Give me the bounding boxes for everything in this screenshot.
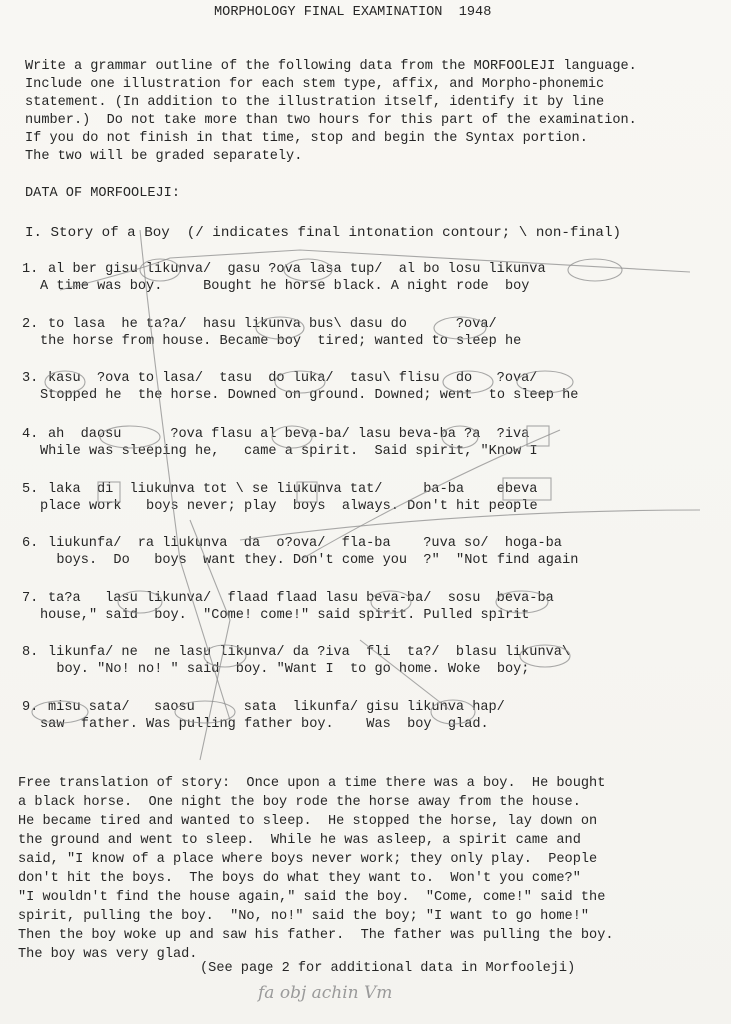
instruction-line: Write a grammar outline of the following… <box>25 59 637 75</box>
translation-line: The boy was very glad. <box>18 947 197 963</box>
story-line-number: 9. <box>22 700 38 716</box>
exam-page: MORPHOLOGY FINAL EXAMINATION 1948 Write … <box>0 0 731 1024</box>
story-line-number: 3. <box>22 371 38 387</box>
footer-note: (See page 2 for additional data in Morfo… <box>200 961 575 977</box>
english-gloss: saw father. Was pulling father boy. Was … <box>40 717 489 733</box>
english-gloss: place work boys never; play boys always.… <box>40 499 538 515</box>
instruction-line: statement. (In addition to the illustrat… <box>25 95 604 111</box>
translation-line: He became tired and wanted to sleep. He … <box>18 814 597 830</box>
english-gloss: boys. Do boys want they. Don't come you … <box>40 553 578 569</box>
instruction-line: The two will be graded separately. <box>25 149 302 165</box>
handwritten-note: fa obj achin Vm <box>258 983 392 1003</box>
english-gloss: boy. "No! no! " said boy. "Want I to go … <box>40 662 529 678</box>
english-gloss: A time was boy. Bought he horse black. A… <box>40 279 529 295</box>
morfooleji-text: ta?a lasu likunva/ flaad flaad lasu beva… <box>48 591 554 607</box>
morfooleji-text: ah daosu ?ova flasu al beva-ba/ lasu bev… <box>48 427 529 443</box>
morfooleji-text: kasu ?ova to lasa/ tasu do luka/ tasu\ f… <box>48 371 537 387</box>
morfooleji-text: to lasa he ta?a/ hasu likunva bus\ dasu … <box>48 317 497 333</box>
english-gloss: While was sleeping he, came a spirit. Sa… <box>40 444 538 460</box>
translation-line: "I wouldn't find the house again," said … <box>18 890 605 906</box>
translation-line: said, "I know of a place where boys neve… <box>18 852 597 868</box>
instruction-line: Include one illustration for each stem t… <box>25 77 604 93</box>
story-line-number: 6. <box>22 536 38 552</box>
translation-line: a black horse. One night the boy rode th… <box>18 795 581 811</box>
english-gloss: the horse from house. Became boy tired; … <box>40 334 521 350</box>
morfooleji-text: misu sata/ saosu sata likunfa/ gisu liku… <box>48 700 505 716</box>
story-line-number: 4. <box>22 427 38 443</box>
story-line-number: 7. <box>22 591 38 607</box>
english-gloss: Stopped he the horse. Downed on ground. … <box>40 388 578 404</box>
story-line-number: 5. <box>22 482 38 498</box>
story-line-number: 2. <box>22 317 38 333</box>
translation-line: Free translation of story: Once upon a t… <box>18 776 605 792</box>
story-heading: I. Story of a Boy (/ indicates final int… <box>25 225 621 241</box>
data-heading: DATA OF MORFOOLEJI: <box>25 186 180 202</box>
story-line-number: 1. <box>22 262 38 278</box>
english-gloss: house," said boy. "Come! come!" said spi… <box>40 608 529 624</box>
translation-line: the ground and went to sleep. While he w… <box>18 833 581 849</box>
morfooleji-text: laka di liukunva tot \ se liukunva tat/ … <box>48 482 537 498</box>
morfooleji-text: liukunfa/ ra liukunva da o?ova/ fla-ba ?… <box>48 536 562 552</box>
morfooleji-text: al ber gisu likunva/ gasu ?ova lasa tup/… <box>48 262 546 278</box>
instruction-line: If you do not finish in that time, stop … <box>25 131 588 147</box>
page-title: MORPHOLOGY FINAL EXAMINATION 1948 <box>214 5 491 21</box>
translation-line: Then the boy woke up and saw his father.… <box>18 928 614 944</box>
story-line-number: 8. <box>22 645 38 661</box>
instruction-line: number.) Do not take more than two hours… <box>25 113 637 129</box>
translation-line: spirit, pulling the boy. "No, no!" said … <box>18 909 589 925</box>
translation-line: don't hit the boys. The boys do what the… <box>18 871 581 887</box>
morfooleji-text: likunfa/ ne ne lasu likunva/ da ?iva fli… <box>48 645 570 661</box>
